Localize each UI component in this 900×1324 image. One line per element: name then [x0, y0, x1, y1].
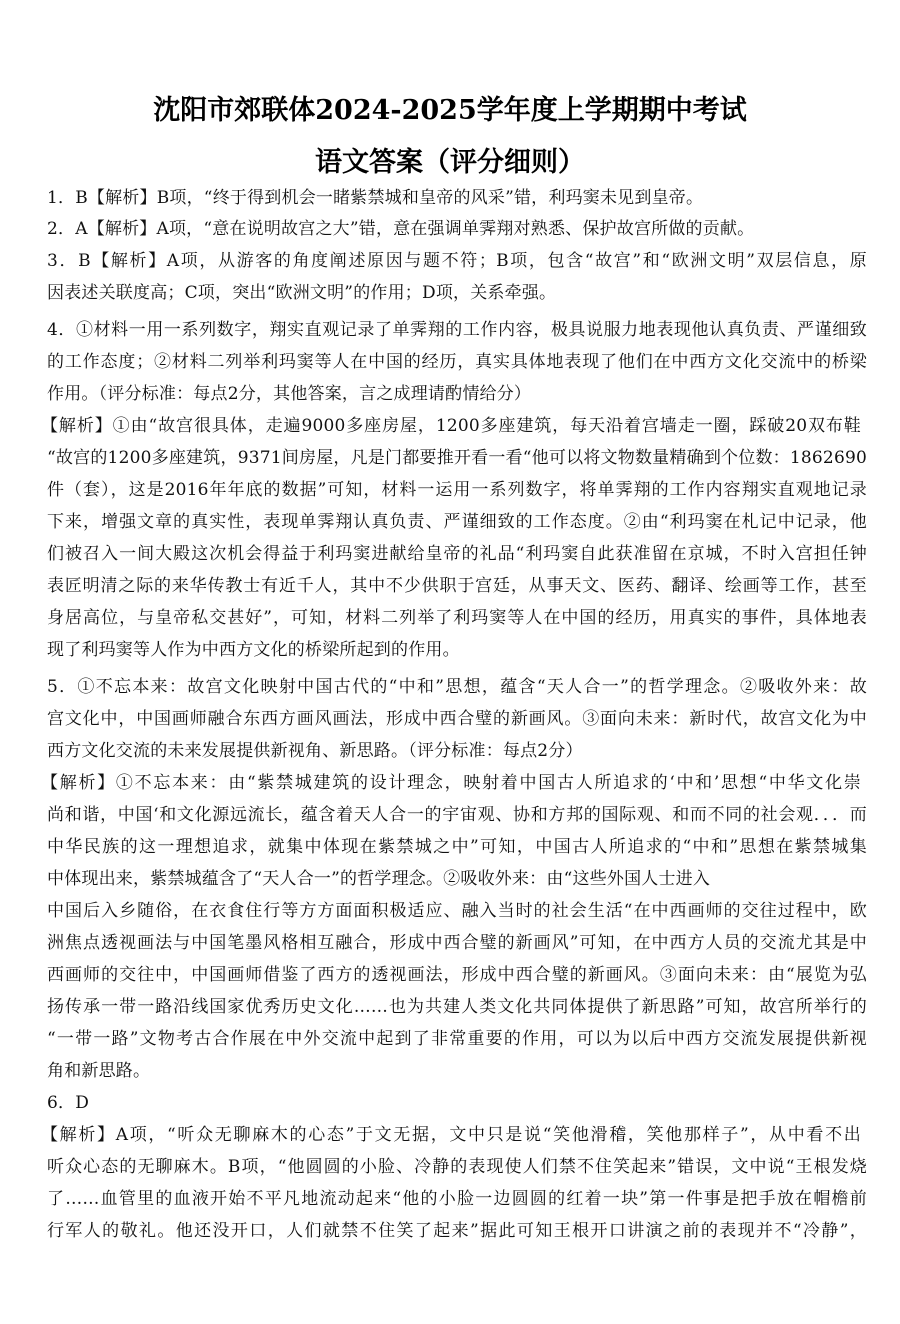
text-line: 西画师的交往中，中国画师借鉴了西方的透视画法，形成中西合璧的新画风。③面向未来：…: [47, 964, 867, 986]
answer-subtitle: 语文答案（评分细则）: [0, 140, 900, 179]
text-line: 西方文化交流的未来发展提供新视角、新思路。（评分标准：每点2分）: [47, 740, 867, 762]
text-line: 3．B【解析】A项，从游客的角度阐述原因与题不符；B项，包含“故宫”和“欧洲文明…: [47, 250, 867, 272]
text-line: 作用。（评分标准：每点2分，其他答案，言之成理请酌情给分）: [47, 383, 867, 405]
text-line: 1．B【解析】B项，“终于得到机会一睹紫禁城和皇帝的风采”错，利玛窦未见到皇帝。: [47, 187, 867, 209]
text-line: 了……血管里的血液开始不平凡地流动起来“他的小脸一边圆圆的红着一块”第一件事是把…: [47, 1188, 867, 1210]
text-line: 听众心态的无聊麻木。B项，“他圆圆的小脸、冷静的表现使人们禁不住笑起来”错误，文…: [47, 1156, 867, 1178]
text-line: 现了利玛窦等人作为中西方文化的桥梁所起到的作用。: [47, 639, 867, 661]
text-line: 尚和谐，中国‘和文化源远流长，蕴含着天人合一的宇宙观、协和方邦的国际观、和而不同…: [47, 804, 867, 826]
text-line: 宫文化中，中国画师融合东西方画风画法，形成中西合璧的新画风。③面向未来：新时代，…: [47, 708, 867, 730]
text-line: 因表述关联度高；C项，突出“欧洲文明”的作用；D项，关系牵强。: [47, 282, 867, 304]
text-line: 件（套），这是2016年年底的数据”可知，材料一运用一系列数字，将单霁翔的工作内…: [47, 479, 867, 501]
text-line: 身居高位，与皇帝私交甚好”，可知，材料二列举了利玛窦等人在中国的经历，用真实的事…: [47, 607, 867, 629]
text-line: 下来，增强文章的真实性，表现单霁翔认真负责、严谨细致的工作态度。②由“利玛窦在札…: [47, 511, 867, 533]
text-line: 【解析】①不忘本来：由“紫禁城建筑的设计理念，映射着中国古人所追求的‘中和’思想…: [41, 772, 861, 794]
text-line: “故宫的1200多座建筑，9371间房屋，凡是门都要推开看一看“他可以将文物数量…: [47, 447, 867, 469]
text-line: 中体现出来，紫禁城蕴含了“天人合一”的哲学理念。②吸收外来：由“这些外国人士进入: [47, 868, 867, 890]
text-line: 【解析】A项，“听众无聊麻木的心态”于文无据，文中只是说“笑他滑稽，笑他那样子”…: [41, 1124, 861, 1146]
text-line: 4．①材料一用一系列数字，翔实直观记录了单霁翔的工作内容，极具说服力地表现他认真…: [47, 319, 867, 341]
exam-title: 沈阳市郊联体2024-2025学年度上学期期中考试: [0, 88, 900, 127]
text-line: 6．D: [47, 1092, 867, 1114]
text-line: 表匠明清之际的来华传教士有近千人，其中不少供职于宫廷，从事天文、医药、翻译、绘画…: [47, 575, 867, 597]
text-line: 中华民族的这一理想追求，就集中体现在紫禁城之中”可知，中国古人所追求的“中和”思…: [47, 836, 867, 858]
text-line: 角和新思路。: [47, 1060, 867, 1082]
text-line: 的工作态度；②材料二列举利玛窦等人在中国的经历，真实具体地表现了他们在中西方文化…: [47, 351, 867, 373]
text-line: 中国后入乡随俗，在衣食住行等方方面面积极适应、融入当时的社会生活“在中西画师的交…: [47, 900, 867, 922]
text-line: 扬传承一带一路沿线国家优秀历史文化……也为共建人类文化共同体提供了新思路”可知，…: [47, 996, 867, 1018]
text-line: 行军人的敬礼。他还没开口，人们就禁不住笑了起来”据此可知王根开口讲演之前的表现并…: [47, 1220, 867, 1242]
text-line: 【解析】①由“故宫很具体，走遍9000多座房屋，1200多座建筑，每天沿着宫墙走…: [41, 415, 861, 437]
text-line: “一带一路”文物考古合作展在中外交流中起到了非常重要的作用，可以为以后中西方交流…: [47, 1028, 867, 1050]
text-line: 5．①不忘本来：故宫文化映射中国古代的“中和”思想，蕴含“天人合一”的哲学理念。…: [47, 676, 867, 698]
text-line: 洲焦点透视画法与中国笔墨风格相互融合，形成中西合璧的新画风”可知，在中西方人员的…: [47, 932, 867, 954]
text-line: 2．A【解析】A项，“意在说明故宫之大”错，意在强调单霁翔对熟悉、保护故宫所做的…: [47, 218, 867, 240]
text-line: 们被召入一间大殿这次机会得益于利玛窦进献给皇帝的礼品“利玛窦自此获准留在京城，不…: [47, 543, 867, 565]
